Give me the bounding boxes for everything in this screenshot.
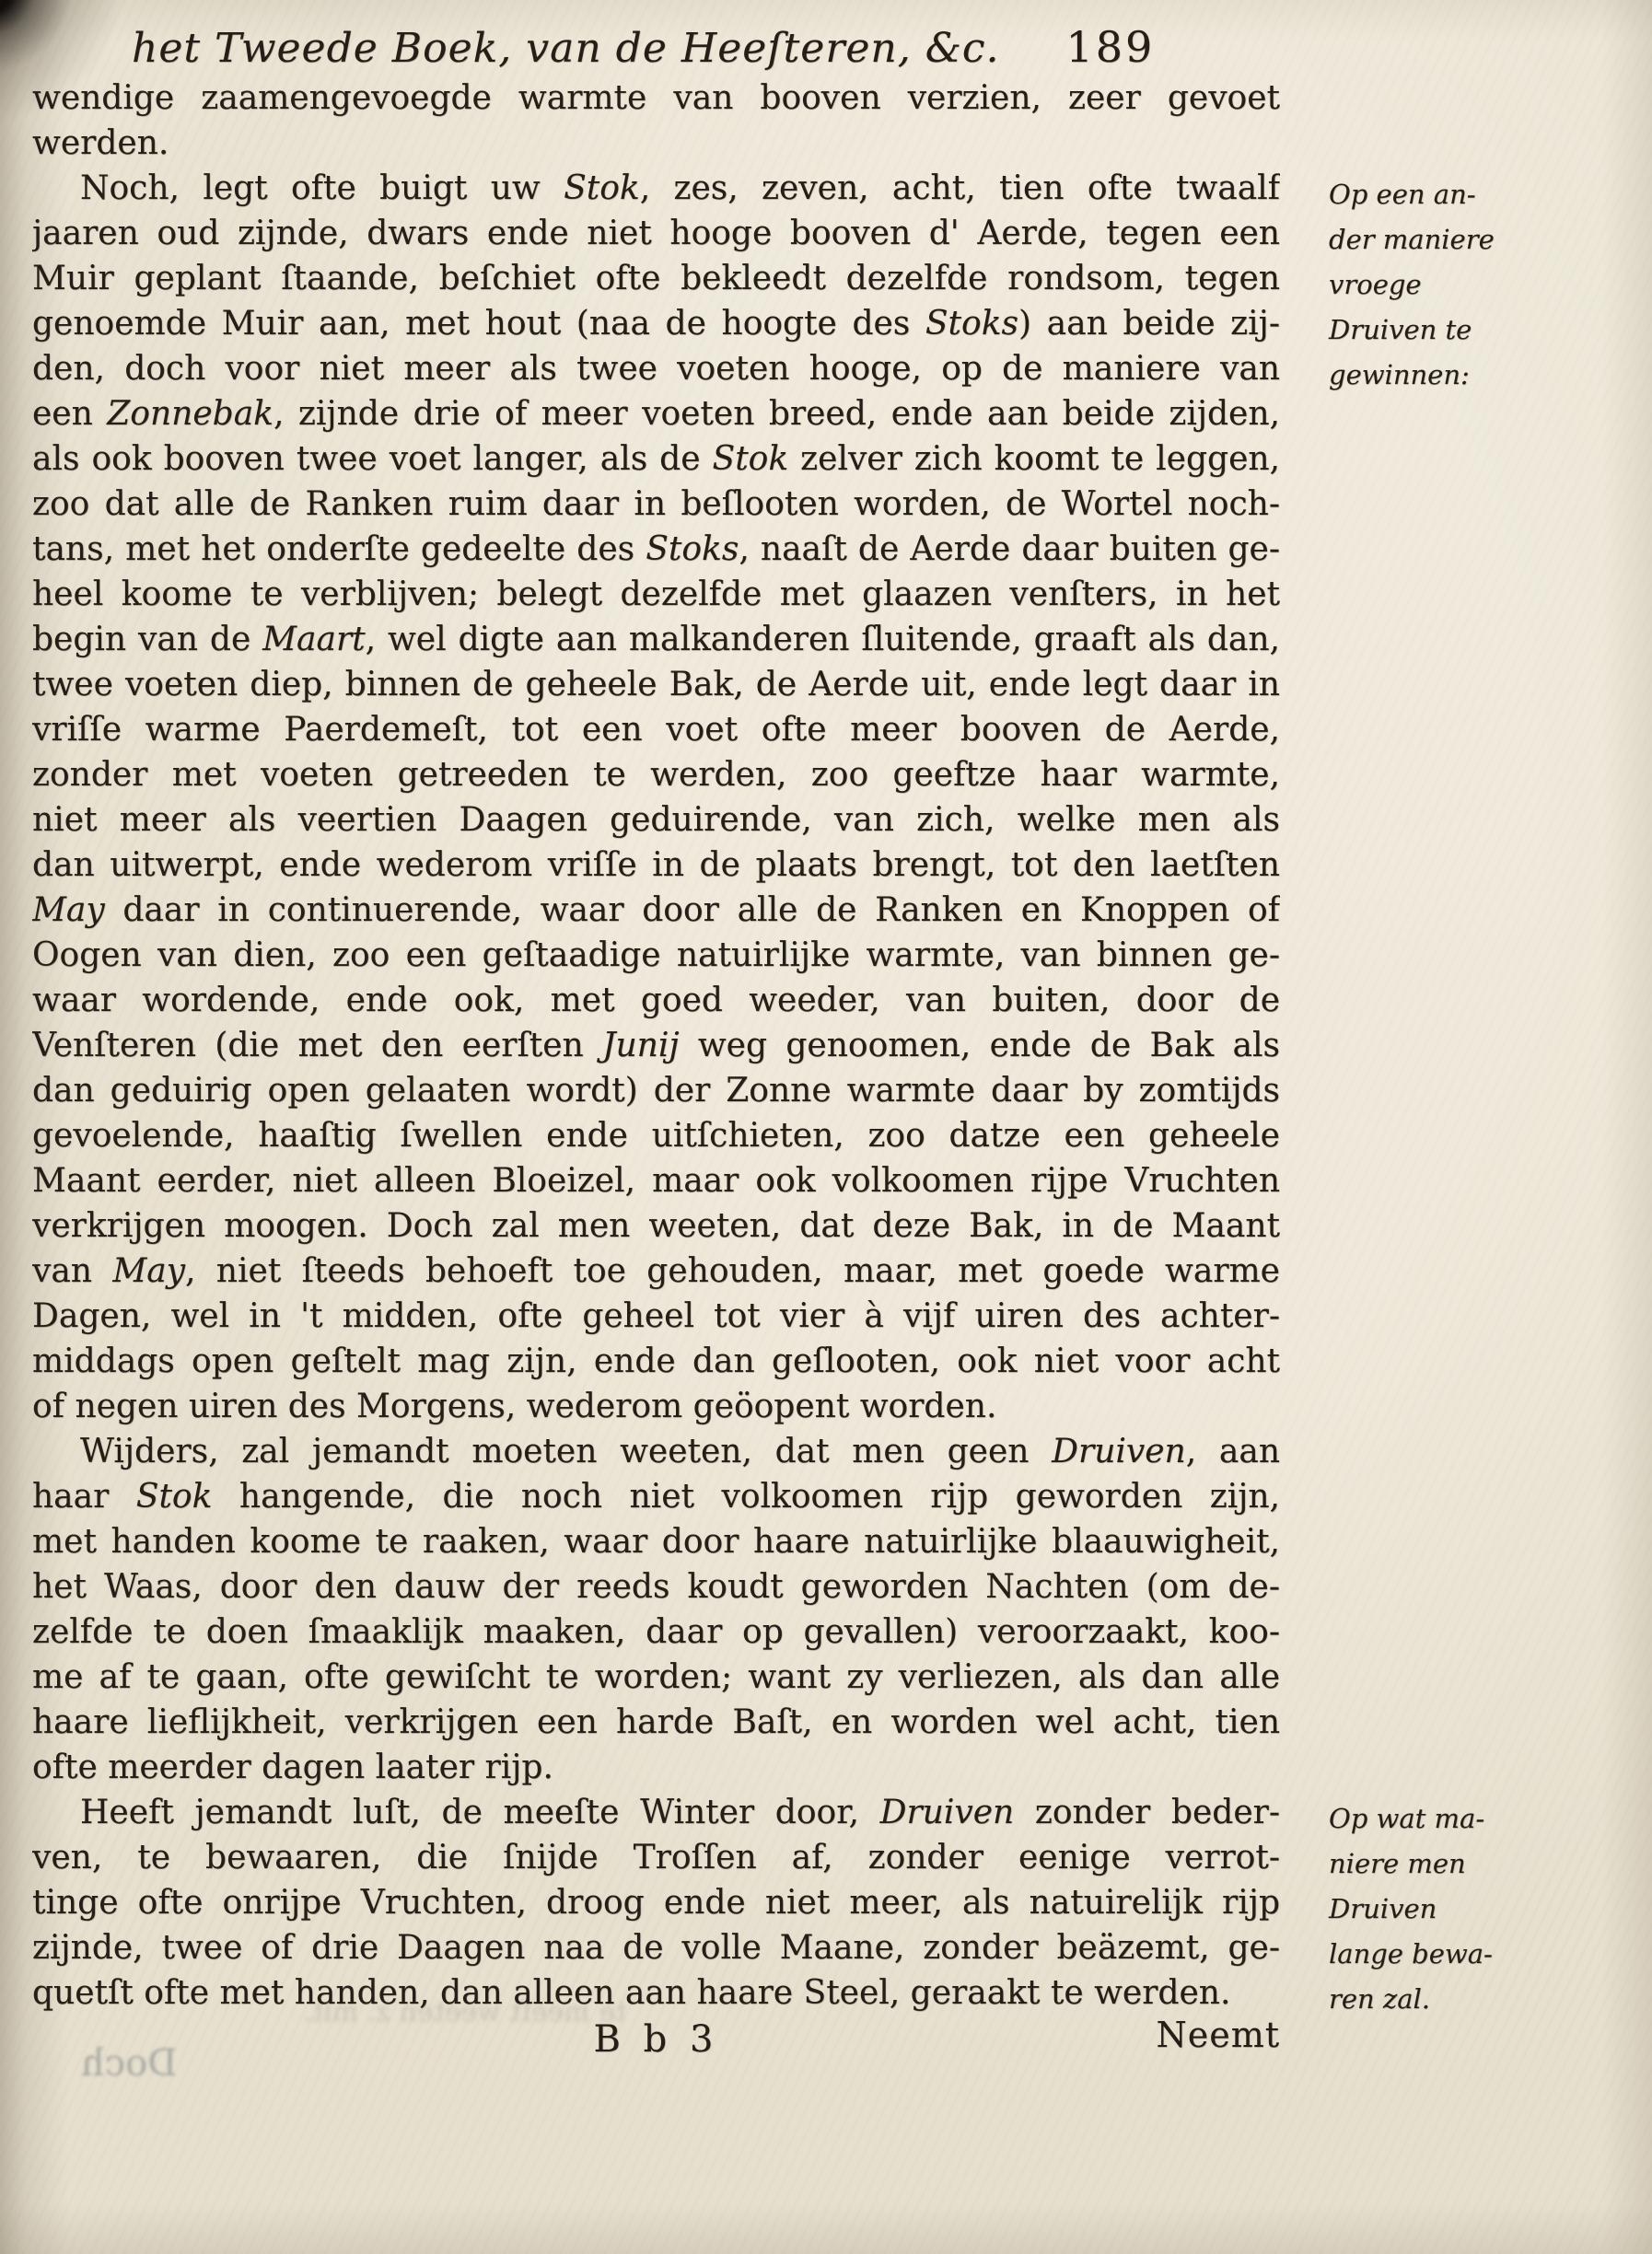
text-line: het Waas, door den dauw der reeds koudt …	[32, 1564, 1280, 1609]
text-line: Heeft jemandt luſt, de meeſte Winter doo…	[32, 1790, 1280, 1835]
margin-note-line: der maniere	[1329, 217, 1633, 262]
text-line: Maant eerder, niet alleen Bloeizel, maar…	[32, 1158, 1280, 1203]
margin-note-line: Op wat ma-	[1329, 1796, 1633, 1842]
text-line: zijnde, twee of drie Daagen naa de volle…	[32, 1925, 1280, 1970]
text-line: zoo dat alle de Ranken ruim daar in beſl…	[32, 482, 1280, 527]
body-text: wendige zaamengevoegde warmte van booven…	[32, 76, 1280, 2016]
text-line: dan geduirig open gelaaten wordt) der Zo…	[32, 1068, 1280, 1113]
text-line: jaaren oud zijnde, dwars ende niet hooge…	[32, 211, 1280, 256]
text-line: twee voeten diep, binnen de geheele Bak,…	[32, 662, 1280, 707]
text-line: me af te gaan, ofte gewiſcht te worden; …	[32, 1655, 1280, 1700]
margin-note-line: niere men	[1329, 1842, 1633, 1887]
text-line: middags open geſtelt mag zijn, ende dan …	[32, 1339, 1280, 1384]
text-line: dan uitwerpt, ende wederom vriſſe in de …	[32, 842, 1280, 888]
bleed-through-text: Doch	[81, 2042, 177, 2085]
margin-note-line: vroege	[1329, 262, 1633, 308]
text-line: met handen koome te raaken, waar door ha…	[32, 1519, 1280, 1564]
text-line: tans, met het onderſte gedeelte des Stok…	[32, 527, 1280, 572]
text-line: Venſteren (die met den eerſten Junij weg…	[32, 1023, 1280, 1068]
text-line: gevoelende, haaſtig ſwellen ende uitſchi…	[32, 1113, 1280, 1158]
page-number: 189	[1066, 22, 1156, 72]
text-line: den, doch voor niet meer als twee voeten…	[32, 346, 1280, 391]
margin-note-preserving-grapes: Op wat ma-niere menDruivenlange bewa-ren…	[1329, 1796, 1633, 2022]
text-line: tinge ofte onrijpe Vruchten, droog ende …	[32, 1880, 1280, 1925]
text-line: zelfde te doen ſmaaklijk maaken, daar op…	[32, 1609, 1280, 1655]
text-line: Wijders, zal jemandt moeten weeten, dat …	[32, 1429, 1280, 1474]
text-line: genoemde Muir aan, met hout (naa de hoog…	[32, 301, 1280, 346]
text-line: haare lieflijkheit, verkrijgen een harde…	[32, 1700, 1280, 1745]
text-line: Dagen, wel in 't midden, ofte geheel tot…	[32, 1294, 1280, 1339]
margin-note-line: lange bewa-	[1329, 1932, 1633, 1977]
catchword: Neemt	[1156, 2015, 1280, 2055]
text-line: haar Stok hangende, die noch niet volkoo…	[32, 1474, 1280, 1519]
margin-note-line: Druiven te	[1329, 308, 1633, 353]
text-line: May daar in continuerende, waar door all…	[32, 888, 1280, 933]
bleed-through-band: te meeſt weeten z. mit.	[111, 1996, 626, 2028]
margin-note-line: Druiven	[1329, 1887, 1633, 1932]
text-line: als ook booven twee voet langer, als de …	[32, 436, 1280, 482]
text-line: ven, te bewaaren, die ſnijde Troſſen af,…	[32, 1835, 1280, 1880]
text-line: Oogen van dien, zoo een geſtaadige natui…	[32, 933, 1280, 978]
text-line: wendige zaamengevoegde warmte van booven…	[32, 76, 1280, 121]
text-line: of negen uiren des Morgens, wederom geöo…	[32, 1384, 1280, 1429]
book-page-scan: het Tweede Boek, van de Heeſteren, &c. 1…	[0, 0, 1652, 2254]
running-header-title: het Tweede Boek, van de Heeſteren, &c.	[132, 25, 1000, 72]
text-line: werden.	[32, 121, 1280, 166]
text-line: Muir geplant ſtaande, beſchiet ofte bekl…	[32, 256, 1280, 301]
margin-note-line: gewinnen:	[1329, 353, 1633, 398]
text-line: een Zonnebak, zijnde drie of meer voeten…	[32, 391, 1280, 436]
text-line: zonder met voeten getreeden te werden, z…	[32, 752, 1280, 797]
text-line: Noch, legt ofte buigt uw Stok, zes, zeve…	[32, 166, 1280, 211]
margin-note-early-grapes: Op een an-der manierevroegeDruiven tegew…	[1329, 172, 1633, 398]
text-line: niet meer als veertien Daagen geduirende…	[32, 797, 1280, 842]
margin-note-line: ren zal.	[1329, 1977, 1633, 2022]
text-line: van May, niet ſteeds behoeft toe gehoude…	[32, 1249, 1280, 1294]
text-line: heel koome te verblijven; belegt dezelfd…	[32, 572, 1280, 617]
text-line: vriſſe warme Paerdemeſt, tot een voet of…	[32, 707, 1280, 752]
text-line: ofte meerder dagen laater rijp.	[32, 1745, 1280, 1790]
margin-note-line: Op een an-	[1329, 172, 1633, 217]
text-line: waar wordende, ende ook, met goed weeder…	[32, 978, 1280, 1023]
text-line: verkrijgen moogen. Doch zal men weeten, …	[32, 1203, 1280, 1249]
text-line: begin van de Maart, wel digte aan malkan…	[32, 617, 1280, 662]
